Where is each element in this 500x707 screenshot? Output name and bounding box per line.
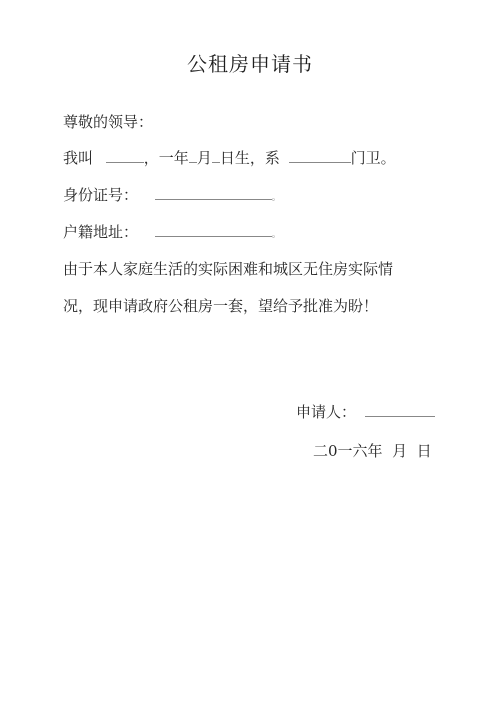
intro-text-name-label: 我叫	[63, 149, 93, 167]
address-end: 。	[272, 230, 281, 240]
position-blank	[289, 148, 351, 163]
body-line-1: 由于本人家庭生活的实际困难和城区无住房实际情	[63, 259, 393, 279]
address-blank	[155, 222, 272, 237]
address-label: 户籍地址：	[63, 223, 138, 241]
intro-text-month: 月	[197, 149, 212, 167]
intro-line: 我叫 ，一年月日生，系 门卫。	[63, 148, 396, 168]
id-number-end: 。	[272, 193, 281, 203]
year-blank	[189, 148, 197, 163]
address-line: 户籍地址： 。	[63, 222, 281, 245]
document-title: 公租房申请书	[0, 48, 500, 77]
date-line: 二0一六年 月 日	[313, 441, 432, 461]
body-line-2: 况，现申请政府公租房一套，望给予批准为盼！	[63, 296, 378, 316]
document-page: 公租房申请书 尊敬的领导： 我叫 ，一年月日生，系 门卫。 身份证号： 。 户籍…	[0, 0, 500, 707]
id-number-blank	[155, 185, 272, 200]
applicant-line: 申请人：	[296, 402, 435, 422]
id-number-label: 身份证号：	[63, 186, 138, 204]
id-number-line: 身份证号： 。	[63, 185, 281, 208]
applicant-label: 申请人：	[296, 403, 356, 421]
salutation: 尊敬的领导：	[63, 112, 153, 132]
intro-text-year: ，一年	[144, 149, 189, 167]
applicant-blank	[365, 402, 435, 417]
month-blank	[212, 148, 220, 163]
intro-text-day: 日生，系	[220, 149, 280, 167]
name-blank	[106, 148, 144, 163]
intro-text-position: 门卫。	[351, 149, 396, 167]
